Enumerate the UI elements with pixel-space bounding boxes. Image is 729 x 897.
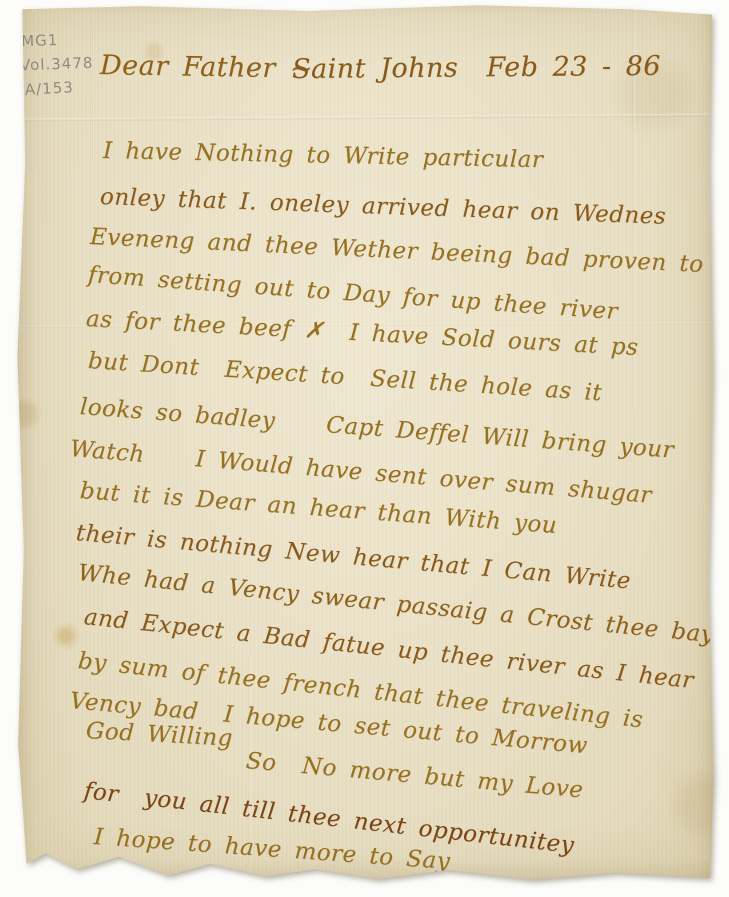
letter-paper: MG1 Vol.3478 A/153 Dear Father ~ Saint J…	[14, 4, 715, 885]
salutation: Dear Father ~	[100, 50, 314, 85]
letter-scan: MG1 Vol.3478 A/153 Dear Father ~ Saint J…	[0, 0, 729, 897]
place-date: Saint Johns Feb 23 - 86	[292, 51, 661, 85]
horizontal-fold-crease	[14, 114, 715, 122]
letter-line: onley that I. oneley arrived hear on Wed…	[100, 186, 667, 229]
archival-note: MG1 Vol.3478 A/153	[21, 27, 95, 101]
archival-note-volume: Vol.3478	[20, 51, 94, 78]
letter-line: I have Nothing to Write particular	[103, 140, 544, 172]
archival-note-item: A/153	[24, 74, 95, 102]
paper-shadow-wrap: MG1 Vol.3478 A/153 Dear Father ~ Saint J…	[0, 0, 729, 897]
archival-note-collection: MG1	[21, 27, 93, 53]
letter-line: God Willing	[85, 720, 233, 751]
letter-line: but Dont Expect to Sell the hole as it	[87, 350, 602, 405]
letter-line: So No more but my Love	[245, 750, 584, 802]
